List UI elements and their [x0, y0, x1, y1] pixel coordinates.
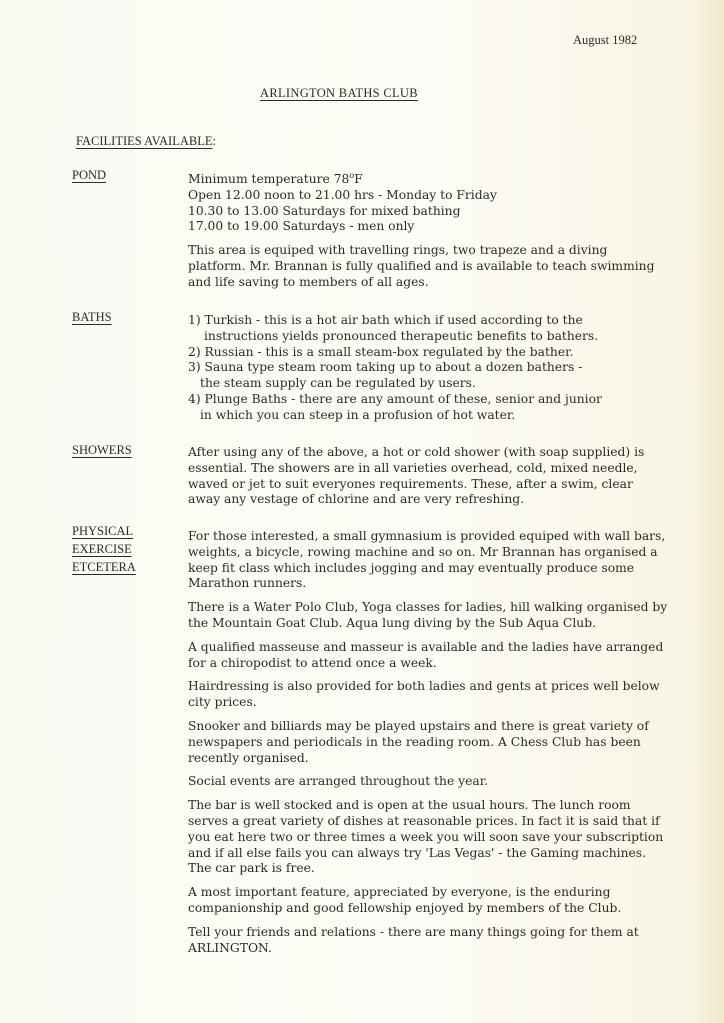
- physical-paragraph-fellowship: A most important feature, appreciated by…: [188, 885, 668, 917]
- facilities-heading-text: FACILITIES AVAILABLE: [76, 134, 212, 148]
- section-label-etcetera: ETCETERA: [72, 559, 136, 577]
- baths-item-sauna-cont: the steam supply can be regulated by use…: [188, 376, 668, 392]
- baths-item-sauna: 3) Sauna type steam room taking up to ab…: [188, 360, 668, 376]
- section-showers: After using any of the above, a hot or c…: [188, 445, 668, 516]
- baths-item-turkish-cont: instructions yields pronounced therapeut…: [188, 329, 668, 345]
- baths-item-plunge: 4) Plunge Baths - there are any amount o…: [188, 392, 668, 408]
- physical-paragraph-closing: Tell your friends and relations - there …: [188, 925, 668, 957]
- pond-paragraph: This area is equiped with travelling rin…: [188, 243, 668, 290]
- showers-paragraph: After using any of the above, a hot or c…: [188, 445, 668, 508]
- baths-item-turkish: 1) Turkish - this is a hot air bath whic…: [188, 313, 668, 329]
- section-label-pond: POND: [72, 167, 106, 185]
- pond-temperature-value: Minimum temperature 78: [188, 172, 349, 186]
- section-label-exercise: EXERCISE: [72, 541, 132, 559]
- section-baths: 1) Turkish - this is a hot air bath whic…: [188, 313, 668, 424]
- section-label-physical: PHYSICAL: [72, 523, 133, 541]
- physical-paragraph-snooker: Snooker and billiards may be played upst…: [188, 719, 668, 766]
- baths-item-russian: 2) Russian - this is a small steam-box r…: [188, 345, 668, 361]
- section-physical: For those interested, a small gymnasium …: [188, 529, 668, 964]
- facilities-colon: :: [212, 134, 215, 148]
- section-label-showers: SHOWERS: [72, 442, 132, 460]
- baths-item-plunge-cont: in which you can steep in a profusion of…: [188, 408, 668, 424]
- physical-paragraph-gym: For those interested, a small gymnasium …: [188, 529, 668, 592]
- document-date: August 1982: [573, 33, 637, 48]
- pond-hours-line: Open 12.00 noon to 21.00 hrs - Monday to…: [188, 188, 668, 204]
- document-title: ARLINGTON BATHS CLUB: [260, 86, 418, 101]
- physical-paragraph-social: Social events are arranged throughout th…: [188, 774, 668, 790]
- physical-paragraph-hairdressing: Hairdressing is also provided for both l…: [188, 679, 668, 711]
- physical-paragraph-massage: A qualified masseuse and masseur is avai…: [188, 640, 668, 672]
- facilities-heading: FACILITIES AVAILABLE:: [76, 134, 216, 149]
- pond-hours-line: 17.00 to 19.00 Saturdays - men only: [188, 219, 668, 235]
- physical-paragraph-clubs: There is a Water Polo Club, Yoga classes…: [188, 600, 668, 632]
- pond-schedule: Minimum temperature 78oF Open 12.00 noon…: [188, 168, 668, 235]
- pond-hours-line: 10.30 to 13.00 Saturdays for mixed bathi…: [188, 204, 668, 220]
- physical-paragraph-car-park: The car park is free.: [188, 861, 668, 877]
- document-page: August 1982 ARLINGTON BATHS CLUB FACILIT…: [0, 0, 724, 1023]
- temperature-unit: F: [354, 172, 363, 186]
- section-label-baths: BATHS: [72, 309, 112, 327]
- pond-temperature: Minimum temperature 78oF: [188, 168, 668, 188]
- section-pond: Minimum temperature 78oF Open 12.00 noon…: [188, 168, 668, 299]
- physical-paragraph-bar: The bar is well stocked and is open at t…: [188, 798, 668, 861]
